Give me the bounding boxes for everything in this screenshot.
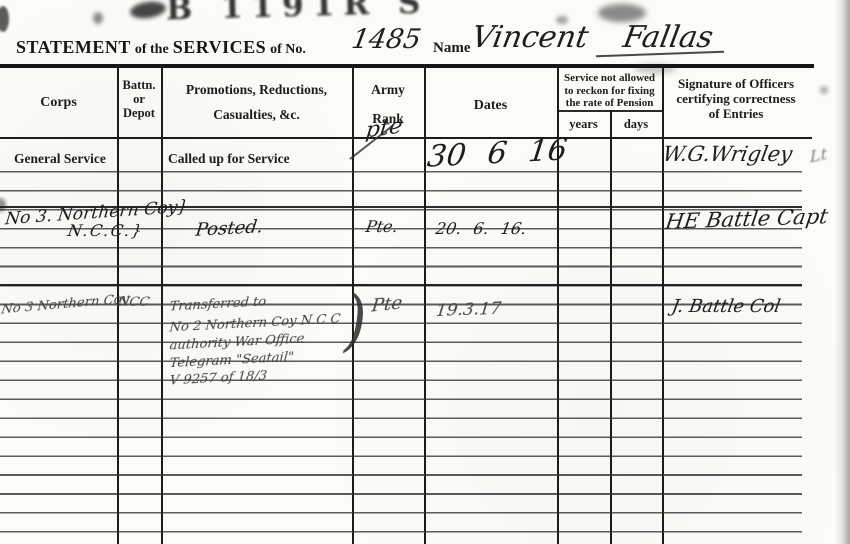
title-of-the: of the xyxy=(135,42,169,57)
header-battn-line1: Battn. xyxy=(117,78,161,92)
name-label: Name xyxy=(433,40,471,57)
header-promotions-line2: Casualties, &c. xyxy=(161,107,352,123)
title-services: SERVICES xyxy=(173,37,266,57)
ink-blot xyxy=(820,86,828,94)
entry1-corps: General Service xyxy=(14,151,106,167)
entry2-signature-handwritten: HE Battle Capt xyxy=(664,204,830,234)
ink-blot xyxy=(129,0,167,20)
scan-edge-shadow xyxy=(835,0,850,544)
entry3-date-handwritten: 19.3.17 xyxy=(435,299,502,321)
header-signature: Signature of Officers certifying correct… xyxy=(662,76,810,121)
ink-blot xyxy=(93,12,103,24)
header-years: years xyxy=(557,117,610,132)
entry3-grouping-brace: ) xyxy=(344,281,367,359)
entry2-date-handwritten: 20. 6. 16. xyxy=(434,219,528,238)
form-title: STATEMENT of the SERVICES of No. xyxy=(16,37,306,58)
entry1-signature-handwritten: W.G.Wrigley xyxy=(661,142,794,166)
entry3-rank-handwritten: Pte xyxy=(371,292,404,316)
header-pension-line1: Service not allowed xyxy=(557,72,662,85)
table-top-rule xyxy=(0,64,814,68)
service-number-handwritten: 1485 xyxy=(349,24,423,55)
entry1-promotions: Called up for Service xyxy=(168,151,290,167)
header-dates: Dates xyxy=(424,98,557,114)
entry3-battn-handwritten: NCC xyxy=(117,295,151,310)
header-bottom-rule xyxy=(0,137,812,139)
entry3-signature-handwritten: J. Battle Col xyxy=(670,296,782,317)
ink-blot xyxy=(0,6,9,32)
entry1-date-handwritten: 30 6 16 xyxy=(425,132,569,174)
header-army-rank-line1: Army xyxy=(352,82,424,98)
header-battn-line3: Depot xyxy=(117,106,161,120)
header-battn-line2: or xyxy=(117,92,161,106)
header-days: days xyxy=(610,117,662,132)
header-pension-line3: the rate of Pension xyxy=(557,97,662,110)
entry1-margin-mark: Lt xyxy=(810,144,828,166)
header-signature-line1: Signature of Officers xyxy=(662,76,810,91)
entry2-promotions-handwritten: Posted. xyxy=(194,216,264,240)
title-statement: STATEMENT xyxy=(16,37,131,57)
header-pension-line2: to reckon for fixing xyxy=(557,85,662,98)
header-signature-line3: of Entries xyxy=(662,106,810,121)
soldier-name-handwritten: Vincent Fallas xyxy=(469,20,716,55)
entry2-corps-line2: N.C.C.} xyxy=(66,221,145,240)
title-of-no: of No. xyxy=(270,42,306,57)
header-pension: Service not allowed to reckon for fixing… xyxy=(557,72,662,110)
entry2-rank-handwritten: Pte. xyxy=(364,217,399,236)
header-corps: Corps xyxy=(0,95,117,111)
header-promotions-line1: Promotions, Reductions, xyxy=(161,82,352,98)
entry-separator-rule xyxy=(0,284,802,286)
header-battn-or-depot: Battn. or Depot xyxy=(117,78,161,120)
service-record-page: B 1191R S STATEMENT of the SERVICES of N… xyxy=(0,0,850,544)
header-signature-line2: certifying correctness xyxy=(662,91,810,106)
